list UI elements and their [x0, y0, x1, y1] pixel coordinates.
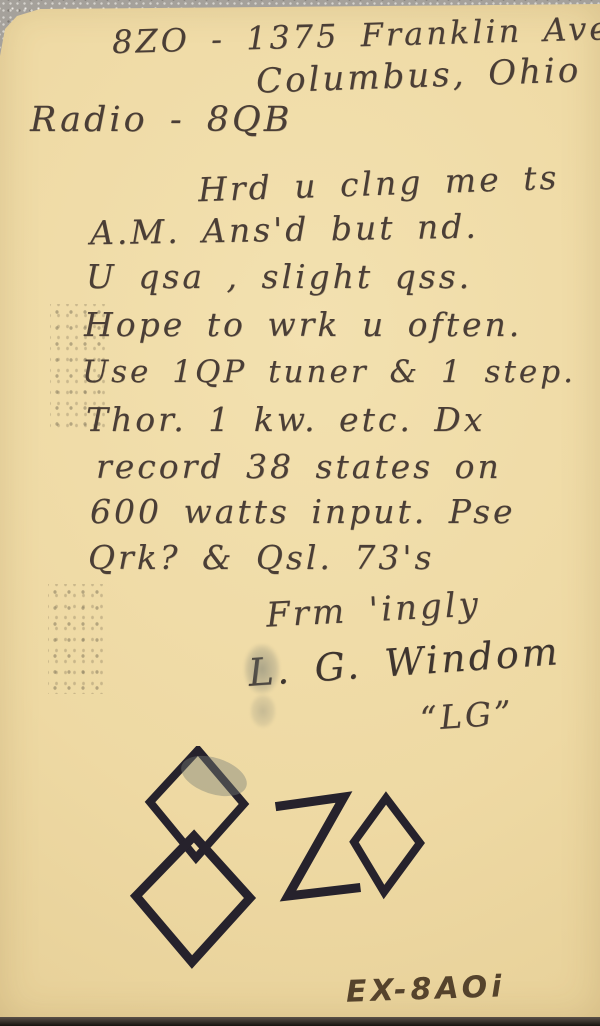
- message-line: Thor. 1 kw. etc. Dx: [86, 400, 485, 439]
- ink-smear-stain: [250, 694, 276, 728]
- address-line-2: Columbus, Ohio: [255, 50, 582, 101]
- letter-z-icon: [280, 797, 356, 896]
- message-line: 600 watts input. Pse: [90, 492, 516, 531]
- signature-name: L. G. Windom: [247, 629, 562, 695]
- message-line: record 38 states on: [96, 447, 502, 486]
- message-line: A.M. Ans'd but nd.: [90, 207, 479, 253]
- card-bottom-shadow-edge: [0, 1017, 600, 1026]
- qsl-postcard: 8ZO - 1375 Franklin Ave. Columbus, Ohio …: [0, 4, 600, 1020]
- message-line: U qsa , slight qss.: [86, 257, 472, 296]
- ink-speckle-stain: [48, 584, 103, 694]
- signature-nickname: “LG”: [419, 693, 516, 738]
- message-line: Qrk? & Qsl. 73's: [88, 538, 434, 577]
- signature-closing: Frm 'ingly: [265, 584, 482, 635]
- message-line: Use 1QP tuner & 1 step.: [82, 354, 576, 390]
- ex-callsign: EX-8AOi: [345, 969, 506, 1010]
- message-line: Hope to wrk u often.: [84, 305, 522, 344]
- recipient-callsign: Radio - 8QB: [30, 100, 292, 140]
- diamond-o-icon: [354, 798, 420, 892]
- message-line: Hrd u clng me ts: [197, 158, 559, 210]
- callsign-logo: [128, 746, 428, 978]
